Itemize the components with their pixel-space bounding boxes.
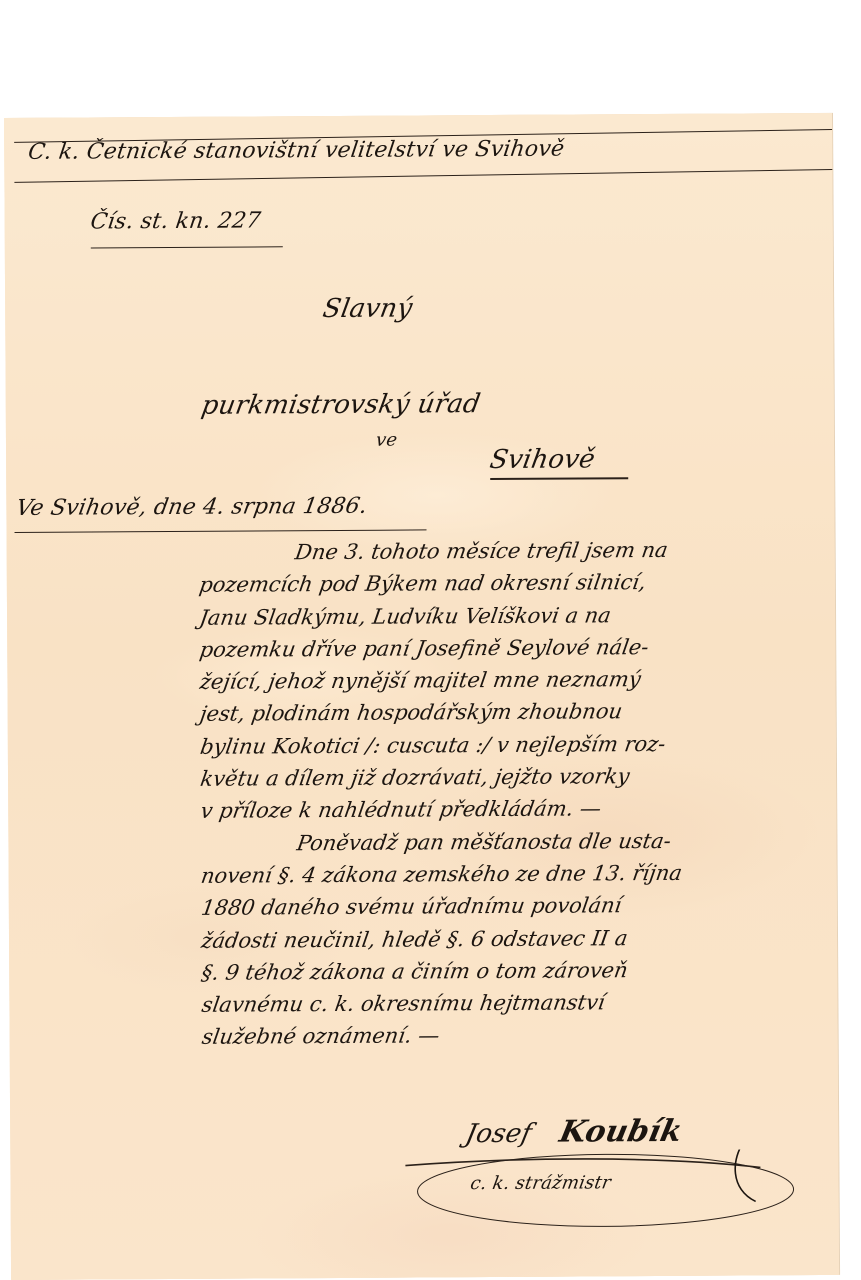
body-line: novení §. 4 zákona zemského ze dne 13. ř… (199, 856, 844, 892)
body-line: Janu Sladkýmu, Ludvíku Velíškovi a na (197, 597, 842, 633)
body-line: pozemku dříve paní Josefině Seylové nále… (197, 630, 842, 666)
issuer-header: C. k. Četnické stanovištní velitelství v… (27, 137, 566, 165)
signature-first-name: Josef (463, 1119, 535, 1149)
signature-flourish-icon (400, 1149, 801, 1241)
body-line: slavnému c. k. okresnímu hejtmanství (200, 985, 845, 1021)
addressee-office: purkmistrovský úřad (199, 389, 482, 421)
body-line: Dne 3. tohoto měsíce trefil jsem na (197, 533, 842, 569)
dateline-underline (15, 529, 427, 533)
place-underline (490, 477, 628, 480)
body-line: pozemcích pod Býkem nad okresní silnicí, (197, 565, 842, 601)
salutation: Slavný (321, 293, 415, 324)
body-line: v příloze k nahlédnutí předkládám. — (198, 791, 843, 827)
signatory-title: c. k. strážmistr (469, 1172, 613, 1194)
header-bottom-rule (14, 169, 832, 183)
reference-underline (91, 246, 283, 249)
letter-paper: C. k. Četnické stanovištní velitelství v… (4, 113, 839, 1280)
body-line: služebné oznámení. — (200, 1017, 845, 1053)
dateline: Ve Svihově, dne 4. srpna 1886. (14, 494, 369, 521)
body-line: žející, jehož nynější majitel mne neznam… (198, 662, 843, 698)
signature-surname: Koubík (556, 1114, 685, 1150)
body-line: květu a dílem již dozrávati, jejžto vzor… (198, 759, 843, 795)
letter-body: Dne 3. tohoto měsíce trefil jsem na poze… (197, 533, 840, 1054)
body-line: §. 9 téhož zákona a činím o tom zároveň (199, 953, 844, 989)
reference-number: Čís. st. kn. 227 (89, 208, 262, 234)
body-line: žádosti neučinil, hledě §. 6 odstavec II… (199, 920, 844, 956)
body-line: 1880 daného svému úřadnímu povolání (199, 888, 844, 924)
addressee-preposition: ve (375, 430, 399, 451)
body-line: Poněvadž pan měšťanosta dle usta- (199, 824, 844, 860)
body-line: jest, plodinám hospodářským zhoubnou (198, 694, 843, 730)
addressee-place: Svihově (488, 444, 598, 475)
body-line: bylinu Kokotici /: cuscuta :/ v nejlepší… (198, 727, 843, 763)
signature: Josef Koubík (463, 1114, 686, 1150)
